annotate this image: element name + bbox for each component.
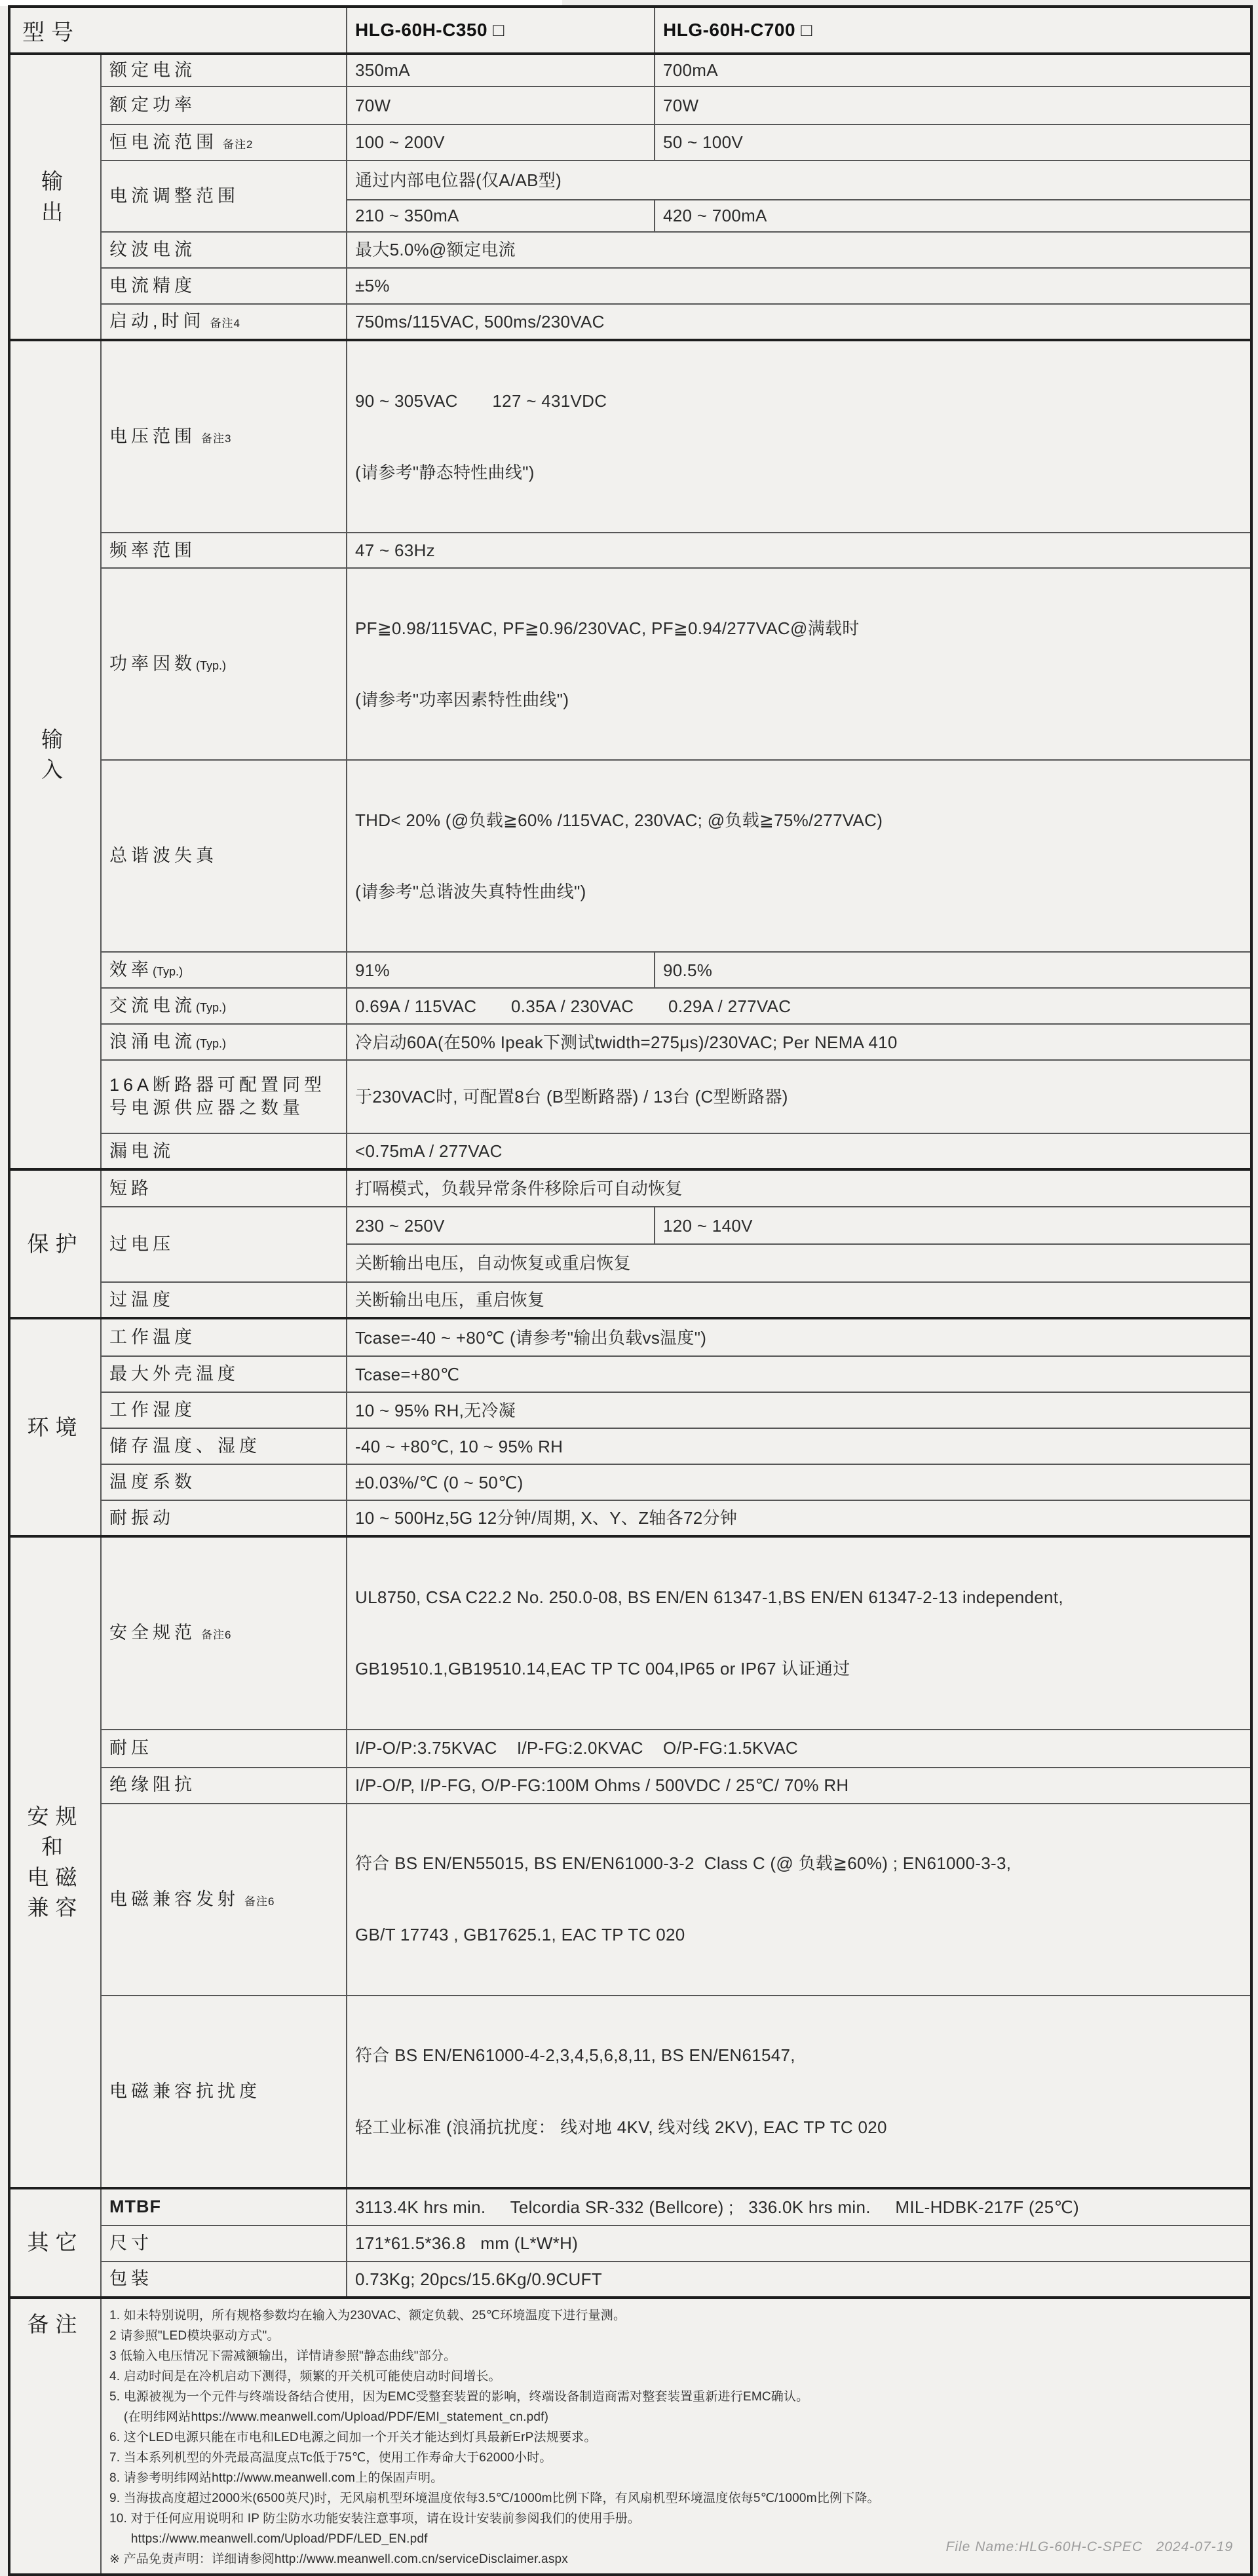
table-row: 电磁兼容发射备注6 符合 BS EN/EN55015, BS EN/EN6100… <box>9 1804 1251 1996</box>
emc-emission-value: 符合 BS EN/EN55015, BS EN/EN61000-3-2 Clas… <box>347 1804 1251 1996</box>
voltage-range-label: 电压范围 <box>109 426 196 446</box>
voltage-range-label-cell: 电压范围备注3 <box>101 340 347 533</box>
safety-standards-label: 安全规范 <box>109 1623 196 1642</box>
dimension-value: 171*61.5*36.8 mm (L*W*H) <box>347 2226 1251 2262</box>
note-line-5-url: (在明纬网站https://www.meanwell.com/Upload/PD… <box>109 2407 1238 2427</box>
table-row: 功率因数(Typ.) PF≧0.98/115VAC, PF≧0.96/230VA… <box>9 568 1251 760</box>
table-row: 包装 0.73Kg; 20pcs/15.6Kg/0.9CUFT <box>9 2262 1251 2298</box>
withstand-voltage-label: 耐压 <box>109 1738 153 1758</box>
table-row: 耐压 I/P-O/P:3.75KVAC I/P-FG:2.0KVAC O/P-F… <box>9 1730 1251 1768</box>
breaker-label: 16A断路器可配置同型号电源供应器之数量 <box>109 1075 326 1118</box>
packing-value: 0.73Kg; 20pcs/15.6Kg/0.9CUFT <box>347 2262 1251 2298</box>
spec-table: 型号 HLG-60H-C350 □ HLG-60H-C700 □ 输 出 额定电… <box>8 5 1253 2576</box>
category-environment: 环境 <box>9 1318 101 1536</box>
power-factor-label: 功率因数 <box>109 654 196 673</box>
power-factor-label-cell: 功率因数(Typ.) <box>101 568 347 760</box>
mtbf-label-cell: MTBF <box>101 2188 347 2226</box>
table-row: 频率范围 47 ~ 63Hz <box>9 533 1251 568</box>
current-accuracy-label: 电流精度 <box>109 276 196 295</box>
temp-coefficient-label-cell: 温度系数 <box>101 1464 347 1500</box>
setup-time-value: 750ms/115VAC, 500ms/230VAC <box>347 304 1251 340</box>
power-factor-line2: (请参考"功率因素特性曲线") <box>355 688 1242 711</box>
table-row: 尺寸 171*61.5*36.8 mm (L*W*H) <box>9 2226 1251 2262</box>
current-adjust-label: 电流调整范围 <box>109 186 239 206</box>
working-temp-value: Tcase=-40 ~ +80℃ (请参考"输出负载vs温度") <box>347 1318 1251 1356</box>
dimension-label: 尺寸 <box>109 2233 153 2253</box>
short-circuit-label: 短路 <box>109 1179 153 1198</box>
table-row: 启动,时间备注4 750ms/115VAC, 500ms/230VAC <box>9 304 1251 340</box>
note-line-8: 8. 请参考明纬网站http://www.meanwell.com上的保固声明。 <box>109 2468 1238 2488</box>
emc-immunity-value: 符合 BS EN/EN61000-4-2,3,4,5,6,8,11, BS EN… <box>347 1996 1251 2188</box>
note-line-4: 4. 启动时间是在冷机启动下测得，频繁的开关机可能使启动时间增长。 <box>109 2366 1238 2387</box>
breaker-label-cell: 16A断路器可配置同型号电源供应器之数量 <box>101 1060 347 1133</box>
table-row: 浪涌电流(Typ.) 冷启动60A(在50% Ipeak下测试twidth=27… <box>9 1024 1251 1060</box>
note-line-7: 7. 当本系列机型的外壳最高温度点Tc低于75℃，使用工作寿命大于62000小时… <box>109 2448 1238 2468</box>
voltage-range-line2: (请参考"静态特性曲线") <box>355 461 1242 484</box>
table-row: 安规 和 电磁 兼容 安全规范备注6 UL8750, CSA C22.2 No.… <box>9 1536 1251 1729</box>
withstand-voltage-value: I/P-O/P:3.75KVAC I/P-FG:2.0KVAC O/P-FG:1… <box>347 1730 1251 1768</box>
emc-emission-label: 电磁兼容发射 <box>109 1889 239 1909</box>
efficiency-value-c700: 90.5% <box>655 952 1251 988</box>
rated-power-value-c350: 70W <box>347 86 655 124</box>
table-row: 绝缘阻抗 I/P-O/P, I/P-FG, O/P-FG:100M Ohms /… <box>9 1768 1251 1804</box>
ovp-action: 关断输出电压，自动恢复或重启恢复 <box>347 1244 1251 1282</box>
isolation-resistance-label: 绝缘阻抗 <box>109 1775 196 1794</box>
category-notes: 备注 <box>9 2298 101 2575</box>
setup-time-label: 启动,时间 <box>109 311 205 331</box>
thd-label: 总谐波失真 <box>109 846 218 865</box>
rated-current-label: 额定电流 <box>109 60 196 80</box>
note-line-10: 10. 对于任何应用说明和 IP 防尘防水功能安装注意事项，请在设计安装前参阅我… <box>109 2509 1238 2529</box>
table-row: 额定功率 70W 70W <box>9 86 1251 124</box>
table-row: 耐振动 10 ~ 500Hz,5G 12分钟/周期, X、Y、Z轴各72分钟 <box>9 1500 1251 1536</box>
category-protection: 保护 <box>9 1169 101 1318</box>
efficiency-label-cell: 效率(Typ.) <box>101 952 347 988</box>
table-row: 储存温度、湿度 -40 ~ +80℃, 10 ~ 95% RH <box>9 1428 1251 1464</box>
leakage-value: <0.75mA / 277VAC <box>347 1133 1251 1169</box>
table-row: 其它 MTBF 3113.4K hrs min. Telcordia SR-33… <box>9 2188 1251 2226</box>
safety-standards-line2: GB19510.1,GB19510.14,EAC TP TC 004,IP65 … <box>355 1657 1242 1680</box>
otp-value: 关断输出电压，重启恢复 <box>347 1282 1251 1318</box>
safety-standards-label-cell: 安全规范备注6 <box>101 1536 347 1729</box>
ac-current-label-cell: 交流电流(Typ.) <box>101 988 347 1024</box>
frequency-value: 47 ~ 63Hz <box>347 533 1251 568</box>
working-temp-label-cell: 工作温度 <box>101 1318 347 1356</box>
working-humidity-value: 10 ~ 95% RH,无冷凝 <box>347 1392 1251 1428</box>
model-name-c350: HLG-60H-C350 □ <box>347 7 655 54</box>
rated-power-value-c700: 70W <box>655 86 1251 124</box>
spec-sheet-page: { "page": { "background": "#efeeec", "ta… <box>0 0 1258 1817</box>
ac-current-typ-suffix: (Typ.) <box>196 1001 226 1014</box>
category-safety-emc: 安规 和 电磁 兼容 <box>9 1536 101 2188</box>
emc-immunity-label: 电磁兼容抗扰度 <box>109 2081 261 2101</box>
short-circuit-label-cell: 短路 <box>101 1169 347 1207</box>
table-row: 纹波电流 最大5.0%@额定电流 <box>9 232 1251 268</box>
table-row: 输 出 额定电流 350mA 700mA <box>9 54 1251 86</box>
short-circuit-value: 打嗝模式，负载异常条件移除后可自动恢复 <box>347 1169 1251 1207</box>
otp-label-cell: 过温度 <box>101 1282 347 1318</box>
emc-emission-line2: GB/T 17743 , GB17625.1, EAC TP TC 020 <box>355 1923 1242 1946</box>
current-adjust-method: 通过内部电位器(仅A/AB型) <box>347 161 1251 200</box>
inrush-current-label: 浪涌电流 <box>109 1032 196 1051</box>
note-line-6: 6. 这个LED电源只能在市电和LED电源之间加一个开关才能达到灯具最新ErP法… <box>109 2427 1238 2448</box>
table-row: 恒电流范围备注2 100 ~ 200V 50 ~ 100V <box>9 124 1251 161</box>
table-row: 型号 HLG-60H-C350 □ HLG-60H-C700 □ <box>9 7 1251 54</box>
current-adjust-label-cell: 电流调整范围 <box>101 161 347 232</box>
notes-cell: 1. 如未特别说明，所有规格参数均在输入为230VAC、额定负载、25℃环境温度… <box>101 2298 1251 2575</box>
current-adjust-range-c700: 420 ~ 700mA <box>655 200 1251 232</box>
storage-temp-value: -40 ~ +80℃, 10 ~ 95% RH <box>347 1428 1251 1464</box>
storage-temp-label-cell: 储存温度、湿度 <box>101 1428 347 1464</box>
ovp-range-c350: 230 ~ 250V <box>347 1207 655 1244</box>
mtbf-label: MTBF <box>109 2197 161 2216</box>
thd-value: THD< 20% (@负载≧60% /115VAC, 230VAC; @负载≧7… <box>347 760 1251 952</box>
voltage-range-value: 90 ~ 305VAC 127 ~ 431VDC (请参考"静态特性曲线") <box>347 340 1251 533</box>
setup-time-label-cell: 启动,时间备注4 <box>101 304 347 340</box>
vibration-label-cell: 耐振动 <box>101 1500 347 1536</box>
rated-power-label-cell: 额定功率 <box>101 86 347 124</box>
table-row: 漏电流 <0.75mA / 277VAC <box>9 1133 1251 1169</box>
efficiency-value-c350: 91% <box>347 952 655 988</box>
max-case-temp-label-cell: 最大外壳温度 <box>101 1356 347 1392</box>
thd-label-cell: 总谐波失真 <box>101 760 347 952</box>
efficiency-typ-suffix: (Typ.) <box>153 965 183 978</box>
leakage-label: 漏电流 <box>109 1141 174 1161</box>
frequency-label: 频率范围 <box>109 540 196 560</box>
emc-immunity-line1: 符合 BS EN/EN61000-4-2,3,4,5,6,8,11, BS EN… <box>355 2043 1242 2067</box>
max-case-temp-value: Tcase=+80℃ <box>347 1356 1251 1392</box>
category-output: 输 出 <box>9 54 101 340</box>
current-accuracy-value: ±5% <box>347 268 1251 304</box>
efficiency-label: 效率 <box>109 960 153 979</box>
cc-range-label-cell: 恒电流范围备注2 <box>101 124 347 161</box>
table-row: 备注 1. 如未特别说明，所有规格参数均在输入为230VAC、额定负载、25℃环… <box>9 2298 1251 2575</box>
ovp-label-cell: 过电压 <box>101 1207 347 1282</box>
ac-current-label: 交流电流 <box>109 996 196 1015</box>
table-row: 过电压 230 ~ 250V 120 ~ 140V <box>9 1207 1251 1244</box>
voltage-range-line1: 90 ~ 305VAC 127 ~ 431VDC <box>355 389 1242 413</box>
breaker-value: 于230VAC时, 可配置8台 (B型断路器) / 13台 (C型断路器) <box>347 1060 1251 1133</box>
category-others: 其它 <box>9 2188 101 2298</box>
note-line-5: 5. 电源被视为一个元件与终端设备结合使用，因为EMC受整套装置的影响，终端设备… <box>109 2387 1238 2407</box>
note-line-2: 2 请参照"LED模块驱动方式"。 <box>109 2326 1238 2346</box>
cc-range-label: 恒电流范围 <box>109 132 218 152</box>
rated-current-value-c700: 700mA <box>655 54 1251 86</box>
isolation-resistance-value: I/P-O/P, I/P-FG, O/P-FG:100M Ohms / 500V… <box>347 1768 1251 1804</box>
power-factor-value: PF≧0.98/115VAC, PF≧0.96/230VAC, PF≧0.94/… <box>347 568 1251 760</box>
leakage-label-cell: 漏电流 <box>101 1133 347 1169</box>
table-row: 效率(Typ.) 91% 90.5% <box>9 952 1251 988</box>
table-row: 最大外壳温度 Tcase=+80℃ <box>9 1356 1251 1392</box>
thd-line1: THD< 20% (@负载≧60% /115VAC, 230VAC; @负载≧7… <box>355 808 1242 832</box>
otp-label: 过温度 <box>109 1290 174 1310</box>
table-row: 16A断路器可配置同型号电源供应器之数量 于230VAC时, 可配置8台 (B型… <box>9 1060 1251 1133</box>
category-input: 输 入 <box>9 340 101 1169</box>
frequency-label-cell: 频率范围 <box>101 533 347 568</box>
working-humidity-label: 工作湿度 <box>109 1400 196 1420</box>
ac-current-value: 0.69A / 115VAC 0.35A / 230VAC 0.29A / 27… <box>347 988 1251 1024</box>
cc-range-note-ref: 备注2 <box>223 138 253 151</box>
power-factor-typ-suffix: (Typ.) <box>196 659 226 672</box>
ripple-label-cell: 纹波电流 <box>101 232 347 268</box>
ovp-range-c700: 120 ~ 140V <box>655 1207 1251 1244</box>
cc-range-value-c700: 50 ~ 100V <box>655 124 1251 161</box>
table-row: 输 入 电压范围备注3 90 ~ 305VAC 127 ~ 431VDC (请参… <box>9 340 1251 533</box>
rated-current-label-cell: 额定电流 <box>101 54 347 86</box>
rated-current-value-c350: 350mA <box>347 54 655 86</box>
safety-standards-line1: UL8750, CSA C22.2 No. 250.0-08, BS EN/EN… <box>355 1585 1242 1609</box>
table-row: 保护 短路 打嗝模式，负载异常条件移除后可自动恢复 <box>9 1169 1251 1207</box>
table-row: 环境 工作温度 Tcase=-40 ~ +80℃ (请参考"输出负载vs温度") <box>9 1318 1251 1356</box>
table-row: 过温度 关断输出电压，重启恢复 <box>9 1282 1251 1318</box>
safety-standards-value: UL8750, CSA C22.2 No. 250.0-08, BS EN/EN… <box>347 1536 1251 1729</box>
rated-power-label: 额定功率 <box>109 95 196 115</box>
mtbf-value: 3113.4K hrs min. Telcordia SR-332 (Bellc… <box>347 2188 1251 2226</box>
cc-range-value-c350: 100 ~ 200V <box>347 124 655 161</box>
ripple-value: 最大5.0%@额定电流 <box>347 232 1251 268</box>
emc-immunity-label-cell: 电磁兼容抗扰度 <box>101 1996 347 2188</box>
table-row: 电磁兼容抗扰度 符合 BS EN/EN61000-4-2,3,4,5,6,8,1… <box>9 1996 1251 2188</box>
emc-emission-label-cell: 电磁兼容发射备注6 <box>101 1804 347 1996</box>
table-row: 总谐波失真 THD< 20% (@负载≧60% /115VAC, 230VAC;… <box>9 760 1251 952</box>
setup-time-note-ref: 备注4 <box>210 317 240 330</box>
safety-standards-note-ref: 备注6 <box>201 1629 231 1641</box>
inrush-current-value: 冷启动60A(在50% Ipeak下测试twidth=275μs)/230VAC… <box>347 1024 1251 1060</box>
dimension-label-cell: 尺寸 <box>101 2226 347 2262</box>
withstand-voltage-label-cell: 耐压 <box>101 1730 347 1768</box>
file-name-stamp: File Name:HLG-60H-C-SPEC 2024-07-19 <box>946 2539 1233 2555</box>
model-name-c700: HLG-60H-C700 □ <box>655 7 1251 54</box>
isolation-resistance-label-cell: 绝缘阻抗 <box>101 1768 347 1804</box>
note-line-3: 3 低输入电压情况下需减额输出，详情请参照"静态曲线"部分。 <box>109 2346 1238 2366</box>
ovp-label: 过电压 <box>109 1234 174 1254</box>
emc-emission-note-ref: 备注6 <box>244 1895 275 1908</box>
note-line-9: 9. 当海拔高度超过2000米(6500英尺)时，无风扇机型环境温度依每3.5℃… <box>109 2488 1238 2509</box>
working-temp-label: 工作温度 <box>109 1327 196 1347</box>
model-header-label: 型号 <box>9 7 347 54</box>
working-humidity-label-cell: 工作湿度 <box>101 1392 347 1428</box>
power-factor-line1: PF≧0.98/115VAC, PF≧0.96/230VAC, PF≧0.94/… <box>355 616 1242 640</box>
emc-immunity-line2: 轻工业标准 (浪涌抗扰度： 线对地 4KV, 线对线 2KV), EAC TP … <box>355 2115 1242 2139</box>
temp-coefficient-label: 温度系数 <box>109 1472 196 1492</box>
table-row: 温度系数 ±0.03%/℃ (0 ~ 50℃) <box>9 1464 1251 1500</box>
current-adjust-range-c350: 210 ~ 350mA <box>347 200 655 232</box>
table-row: 电流调整范围 通过内部电位器(仅A/AB型) <box>9 161 1251 200</box>
voltage-range-note-ref: 备注3 <box>201 432 231 445</box>
inrush-current-label-cell: 浪涌电流(Typ.) <box>101 1024 347 1060</box>
thd-line2: (请参考"总谐波失真特性曲线") <box>355 880 1242 903</box>
storage-temp-label: 储存温度、湿度 <box>109 1436 261 1456</box>
temp-coefficient-value: ±0.03%/℃ (0 ~ 50℃) <box>347 1464 1251 1500</box>
packing-label-cell: 包装 <box>101 2262 347 2298</box>
vibration-label: 耐振动 <box>109 1508 174 1528</box>
table-row: 交流电流(Typ.) 0.69A / 115VAC 0.35A / 230VAC… <box>9 988 1251 1024</box>
max-case-temp-label: 最大外壳温度 <box>109 1364 239 1384</box>
note-line-1: 1. 如未特别说明，所有规格参数均在输入为230VAC、额定负载、25℃环境温度… <box>109 2305 1238 2326</box>
ripple-label: 纹波电流 <box>109 240 196 259</box>
packing-label: 包装 <box>109 2269 153 2288</box>
emc-emission-line1: 符合 BS EN/EN55015, BS EN/EN61000-3-2 Clas… <box>355 1851 1242 1875</box>
table-row: 工作湿度 10 ~ 95% RH,无冷凝 <box>9 1392 1251 1428</box>
table-row: 电流精度 ±5% <box>9 268 1251 304</box>
inrush-current-typ-suffix: (Typ.) <box>196 1037 226 1050</box>
vibration-value: 10 ~ 500Hz,5G 12分钟/周期, X、Y、Z轴各72分钟 <box>347 1500 1251 1536</box>
current-accuracy-label-cell: 电流精度 <box>101 268 347 304</box>
